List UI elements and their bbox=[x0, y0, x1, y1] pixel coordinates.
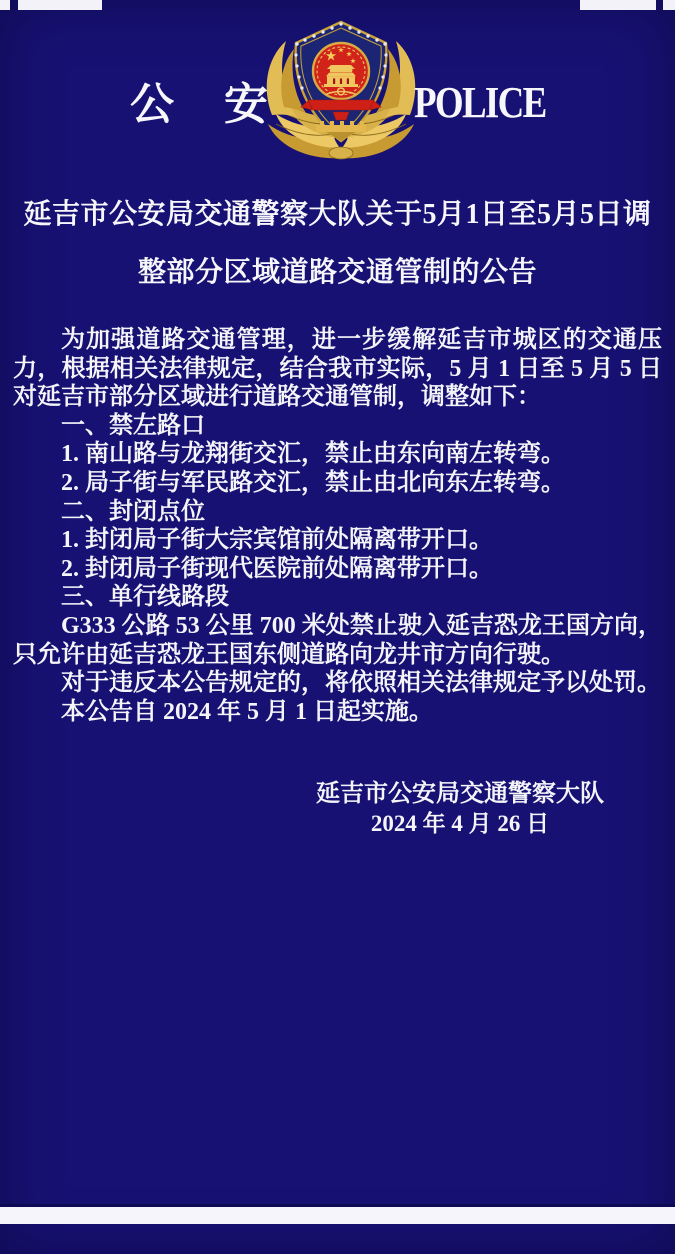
badge-national-emblem bbox=[313, 43, 369, 99]
header-char-gong: 公 bbox=[130, 82, 174, 128]
header-rule-right-long bbox=[580, 0, 656, 10]
no-left-turn-item-2: 2. 局子街与军民路交汇，禁止由北向东左转弯。 bbox=[13, 469, 662, 498]
section-heading-1: 一、禁左路口 bbox=[13, 412, 662, 441]
header-rule-left-short bbox=[0, 0, 10, 10]
header-rule-left-long bbox=[18, 0, 102, 10]
intro-paragraph: 为加强道路交通管理，进一步缓解延吉市城区的交通压力，根据相关法律规定，结合我市实… bbox=[13, 326, 662, 412]
police-notice-poster: 公 安 bbox=[0, 0, 675, 1254]
notice-title-line1: 延吉市公安局交通警察大队关于5月1日至5月5日调 bbox=[0, 186, 675, 244]
effective-date-paragraph: 本公告自 2024 年 5 月 1 日起实施。 bbox=[13, 698, 662, 727]
no-left-turn-item-1: 1. 南山路与龙翔街交汇，禁止由东向南左转弯。 bbox=[13, 440, 662, 469]
bottom-divider-bar bbox=[0, 1204, 675, 1224]
section-heading-3: 三、单行线路段 bbox=[13, 583, 662, 612]
signature-date: 2024 年 4 月 26 日 bbox=[316, 809, 604, 839]
notice-body: 为加强道路交通管理，进一步缓解延吉市城区的交通压力，根据相关法律规定，结合我市实… bbox=[13, 326, 662, 726]
police-badge-icon bbox=[256, 18, 426, 165]
header-rule-right-short bbox=[663, 0, 675, 10]
signature-organization: 延吉市公安局交通警察大队 bbox=[316, 779, 604, 809]
notice-title: 延吉市公安局交通警察大队关于5月1日至5月5日调 整部分区域道路交通管制的公告 bbox=[0, 186, 675, 302]
closure-item-2: 2. 封闭局子街现代医院前处隔离带开口。 bbox=[13, 555, 662, 584]
notice-title-line2: 整部分区域道路交通管制的公告 bbox=[0, 244, 675, 302]
signature-block: 延吉市公安局交通警察大队 2024 年 4 月 26 日 bbox=[316, 779, 604, 839]
one-way-paragraph: G333 公路 53 公里 700 米处禁止驶入延吉恐龙王国方向，只允许由延吉恐… bbox=[13, 612, 662, 669]
section-heading-2: 二、封闭点位 bbox=[13, 498, 662, 527]
closure-item-1: 1. 封闭局子街大宗宾馆前处隔离带开口。 bbox=[13, 526, 662, 555]
penalty-paragraph: 对于违反本公告规定的，将依照相关法律规定予以处罚。 bbox=[13, 669, 662, 698]
header-label-police: POLICE bbox=[414, 79, 546, 127]
